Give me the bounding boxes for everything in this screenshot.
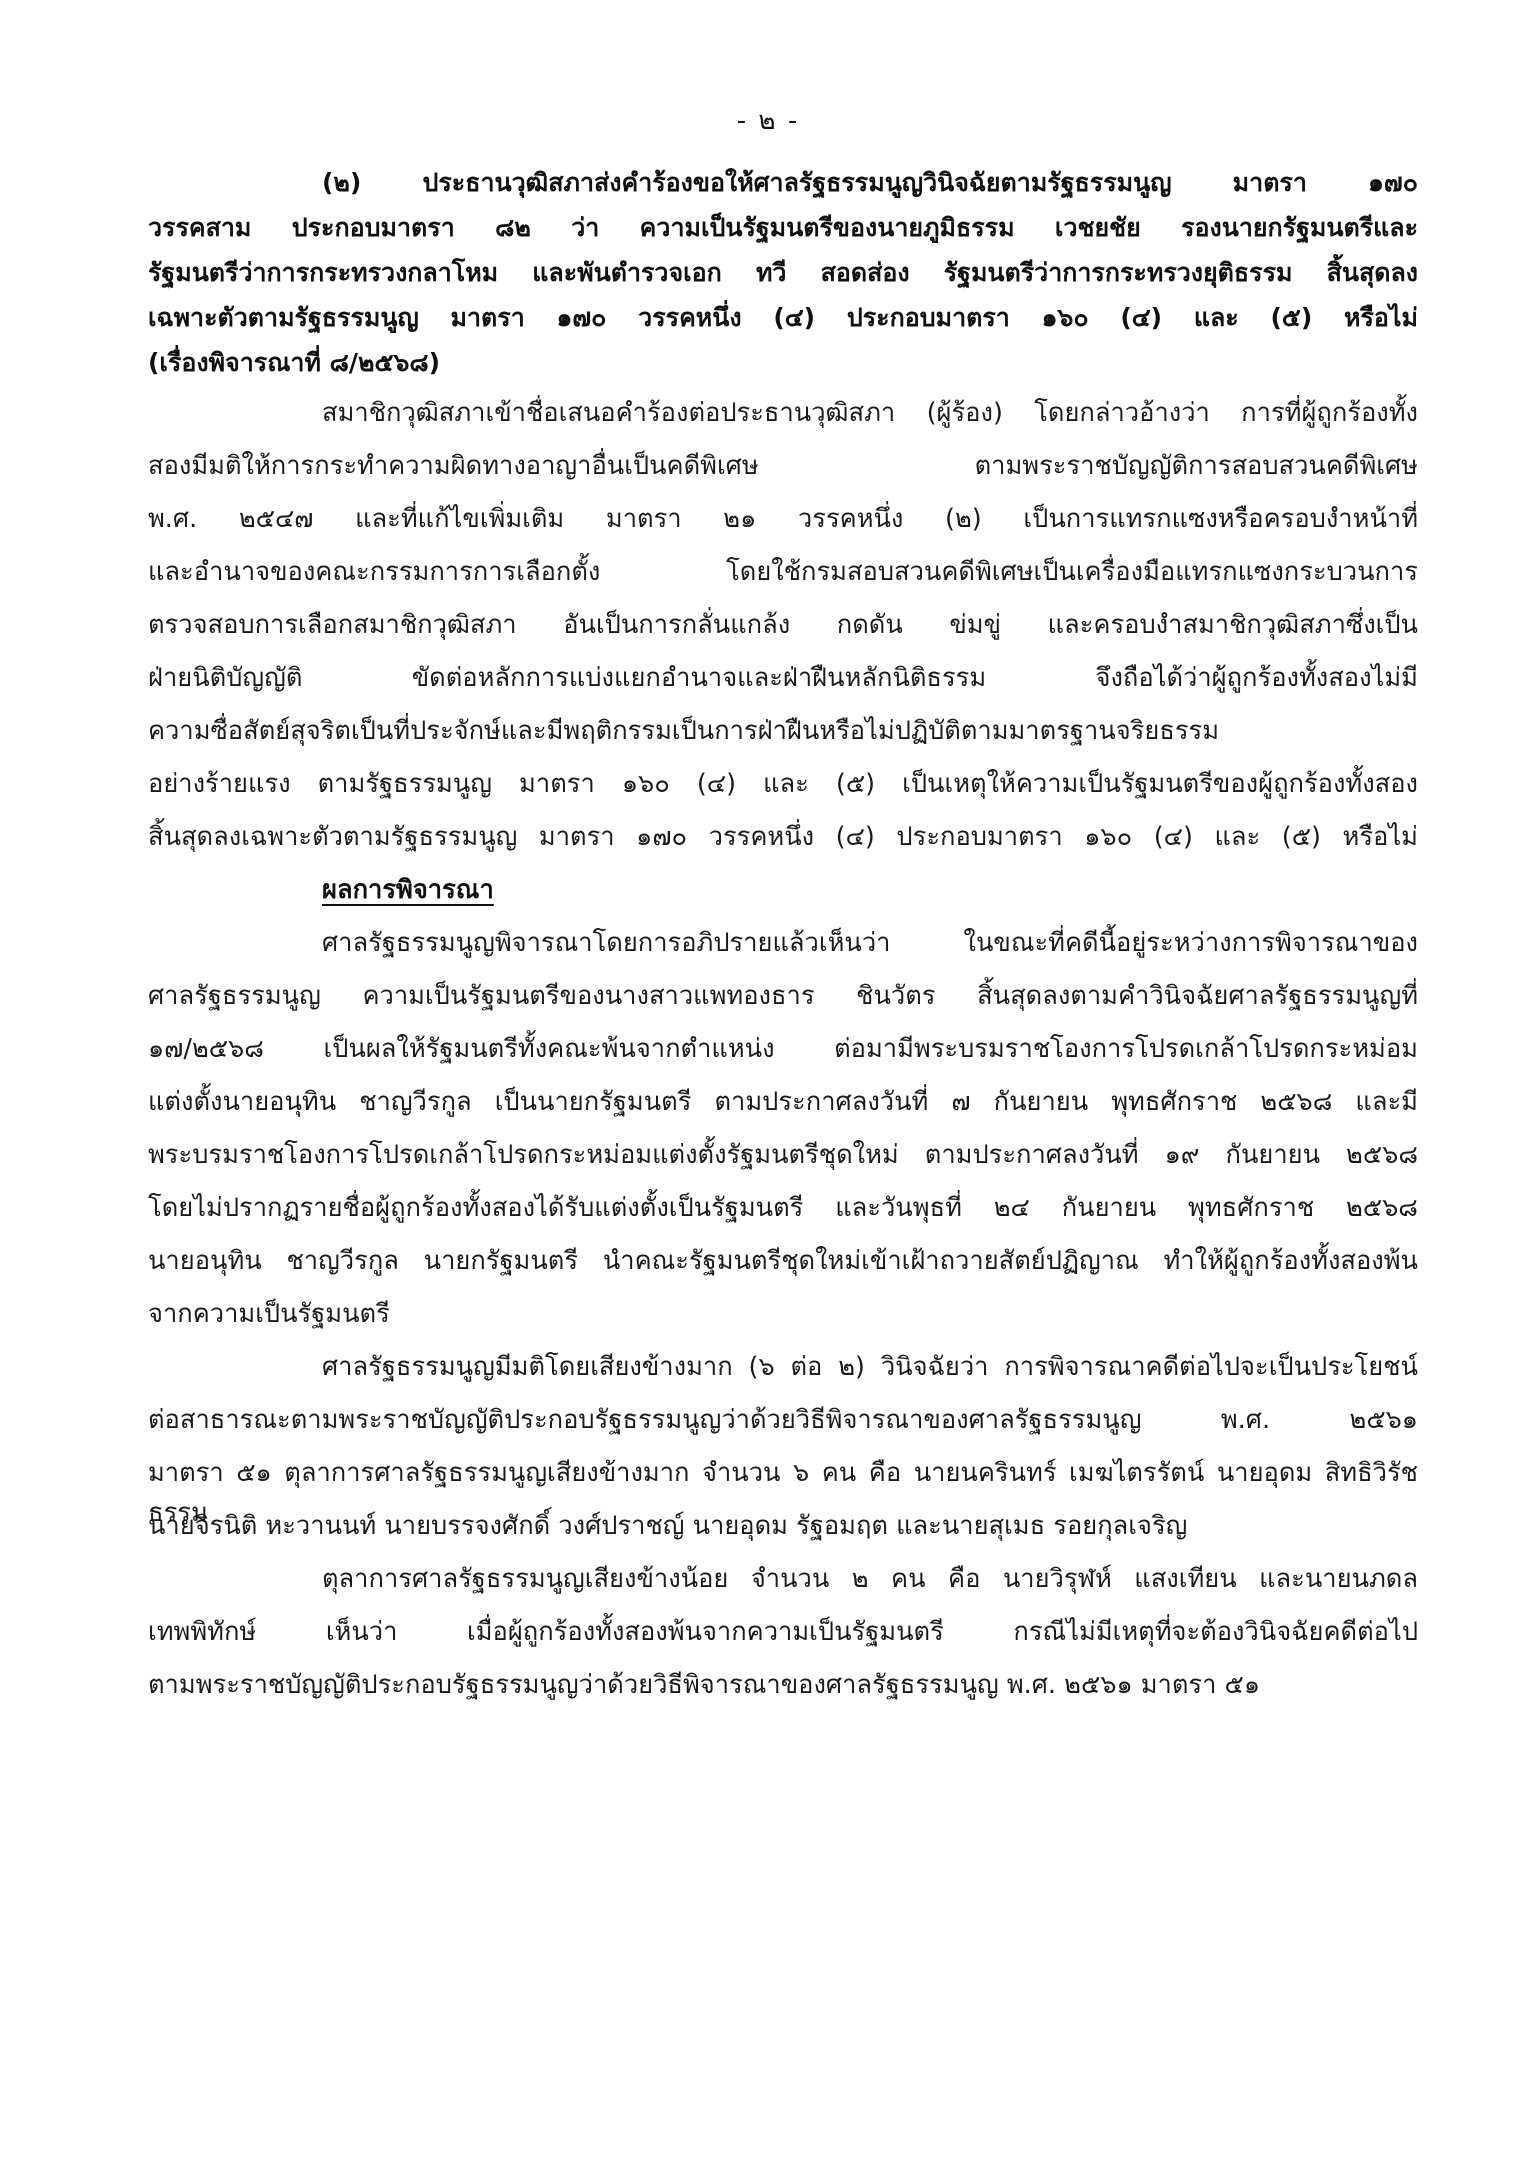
case-title-line: เฉพาะตัวตามรัฐธรรมนูญ มาตรา ๑๗๐ วรรคหนึ่… [148,298,1418,338]
paragraph-line: อย่างร้ายแรง ตามรัฐธรรมนูญ มาตรา ๑๖๐ (๔)… [148,764,1418,804]
paragraph-line: สองมีมติให้การกระทำความผิดทางอาญาอื่นเป็… [148,446,1418,486]
case-title-line: วรรคสาม ประกอบมาตรา ๘๒ ว่า ความเป็นรัฐมน… [148,208,1418,248]
paragraph-line: จากความเป็นรัฐมนตรี [148,1294,1418,1334]
paragraph-line: ตุลาการศาลรัฐธรรมนูญเสียงข้างน้อย จำนวน … [322,1559,1418,1599]
paragraph-line: พระบรมราชโองการโปรดเกล้าโปรดกระหม่อมแต่ง… [148,1135,1418,1175]
paragraph-line: พ.ศ. ๒๕๔๗ และที่แก้ไขเพิ่มเติม มาตรา ๒๑ … [148,499,1418,539]
paragraph-line: ฝ่ายนิติบัญญัติ ขัดต่อหลักการแบ่งแยกอำนา… [148,658,1418,698]
paragraph-line: สิ้นสุดลงเฉพาะตัวตามรัฐธรรมนูญ มาตรา ๑๗๐… [148,817,1418,857]
paragraph-line: นายจิรนิติ หะวานนท์ นายบรรจงศักดิ์ วงศ์ป… [148,1506,1418,1546]
paragraph-line: และอำนาจของคณะกรรมการการเลือกตั้ง โดยใช้… [148,552,1418,592]
paragraph-line: แต่งตั้งนายอนุทิน ชาญวีรกูล เป็นนายกรัฐม… [148,1082,1418,1122]
paragraph-line: โดยไม่ปรากฏรายชื่อผู้ถูกร้องทั้งสองได้รั… [148,1188,1418,1228]
paragraph-line: ตรวจสอบการเลือกสมาชิกวุฒิสภา อันเป็นการก… [148,605,1418,645]
paragraph-line: นายอนุทิน ชาญวีรกูล นายกรัฐมนตรี นำคณะรั… [148,1241,1418,1281]
paragraph-line: ศาลรัฐธรรมนูญ ความเป็นรัฐมนตรีของนางสาวแ… [148,976,1418,1016]
paragraph-line: เทพพิทักษ์ เห็นว่า เมื่อผู้ถูกร้องทั้งสอ… [148,1612,1418,1652]
paragraph-line: ตามพระราชบัญญัติประกอบรัฐธรรมนูญว่าด้วยว… [148,1665,1418,1705]
paragraph-line: ความซื่อสัตย์สุจริตเป็นที่ประจักษ์และมีพ… [148,711,1418,751]
page-number: - ๒ - [0,100,1536,141]
paragraph-line: ๑๗/๒๕๖๘ เป็นผลให้รัฐมนตรีทั้งคณะพ้นจากตำ… [148,1029,1418,1069]
paragraph-line: ศาลรัฐธรรมนูญมีมติโดยเสียงข้างมาก (๖ ต่อ… [322,1347,1418,1387]
paragraph-line: สมาชิกวุฒิสภาเข้าชื่อเสนอคำร้องต่อประธาน… [322,393,1418,433]
paragraph-line: ศาลรัฐธรรมนูญพิจารณาโดยการอภิปรายแล้วเห็… [322,923,1418,963]
result-heading: ผลการพิจารณา [322,870,494,910]
case-title-line: รัฐมนตรีว่าการกระทรวงกลาโหม และพันตำรวจเ… [148,253,1418,293]
paragraph-line: ต่อสาธารณะตามพระราชบัญญัติประกอบรัฐธรรมน… [148,1400,1418,1440]
case-number: (เรื่องพิจารณาที่ ๘/๒๕๖๘) [148,343,1418,383]
case-title-line: (๒) ประธานวุฒิสภาส่งคำร้องขอให้ศาลรัฐธรร… [322,163,1418,203]
